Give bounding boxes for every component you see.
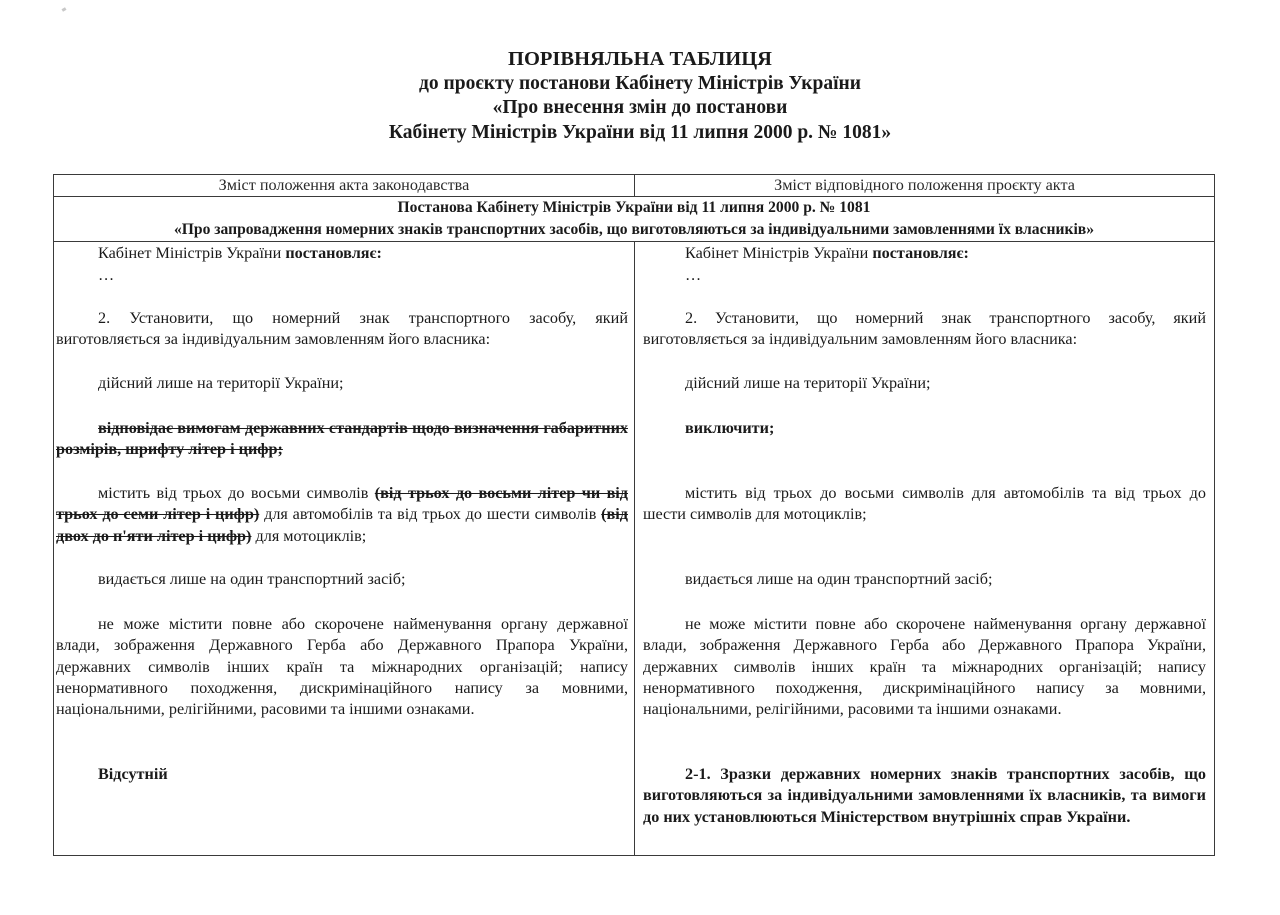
left-ellipsis: … bbox=[56, 265, 628, 286]
intro-text: Кабінет Міністрів України bbox=[98, 244, 285, 262]
intro-text: Кабінет Міністрів України bbox=[685, 244, 872, 262]
left-restrictions: не може містити повне або скорочене найм… bbox=[56, 614, 628, 720]
content-row: Кабінет Міністрів України постановляє: …… bbox=[54, 242, 1215, 856]
left-one-vehicle: видається лише на один транспортний засі… bbox=[56, 569, 628, 590]
right-ellipsis: … bbox=[643, 265, 1206, 286]
intro-bold-text: постановляє: bbox=[285, 244, 382, 262]
title-line-1: ПОРІВНЯЛЬНА ТАБЛИЦЯ bbox=[0, 47, 1280, 72]
right-symbols: містить від трьох до восьми символів для… bbox=[643, 483, 1206, 526]
title-line-2: до проєкту постанови Кабінету Міністрів … bbox=[0, 72, 1280, 97]
left-symbols: містить від трьох до восьми символів (ві… bbox=[56, 483, 628, 547]
header-row: Зміст положення акта законодавства Зміст… bbox=[54, 175, 1215, 197]
left-intro: Кабінет Міністрів України постановляє: bbox=[56, 243, 628, 264]
right-one-vehicle: видається лише на один транспортний засі… bbox=[643, 569, 1206, 590]
draft-act-cell: Кабінет Міністрів України постановляє: …… bbox=[635, 242, 1215, 856]
left-absent: Відсутній bbox=[56, 764, 628, 785]
document-title: ПОРІВНЯЛЬНА ТАБЛИЦЯ до проєкту постанови… bbox=[0, 47, 1280, 145]
column-header-current: Зміст положення акта законодавства bbox=[54, 175, 635, 197]
left-struck-standards: відповідає вимогам державних стандартів … bbox=[56, 418, 628, 461]
column-header-draft: Зміст відповідного положення проєкту акт… bbox=[635, 175, 1215, 197]
right-item-2: 2. Установити, що номерний знак транспор… bbox=[643, 308, 1206, 351]
title-line-3: «Про внесення змін до постанови bbox=[0, 96, 1280, 121]
decree-title-cell: Постанова Кабінету Міністрів України від… bbox=[54, 197, 1215, 242]
right-exclude: виключити; bbox=[643, 418, 1206, 439]
intro-bold-text: постановляє: bbox=[872, 244, 969, 262]
current-act-cell: Кабінет Міністрів України постановляє: …… bbox=[54, 242, 635, 856]
scan-artifact bbox=[62, 7, 67, 12]
decree-title-line-1: Постанова Кабінету Міністрів України від… bbox=[54, 197, 1214, 219]
decree-title-line-2: «Про запровадження номерних знаків транс… bbox=[54, 219, 1214, 241]
left-item-2: 2. Установити, що номерний знак транспор… bbox=[56, 308, 628, 351]
comparison-table: Зміст положення акта законодавства Зміст… bbox=[53, 174, 1215, 856]
symbols-text-a: містить від трьох до восьми символів bbox=[98, 484, 375, 502]
symbols-text-b: для автомобілів та від трьох до шести си… bbox=[259, 505, 601, 523]
right-new-item-2-1: 2-1. Зразки державних номерних знаків тр… bbox=[643, 764, 1206, 828]
right-valid-territory: дійсний лише на території України; bbox=[643, 373, 1206, 394]
right-restrictions: не може містити повне або скорочене найм… bbox=[643, 614, 1206, 720]
title-line-4: Кабінету Міністрів України від 11 липня … bbox=[0, 121, 1280, 146]
symbols-text-c: для мотоциклів; bbox=[251, 527, 366, 545]
left-valid-territory: дійсний лише на території України; bbox=[56, 373, 628, 394]
decree-row: Постанова Кабінету Міністрів України від… bbox=[54, 197, 1215, 242]
right-intro: Кабінет Міністрів України постановляє: bbox=[643, 243, 1206, 264]
